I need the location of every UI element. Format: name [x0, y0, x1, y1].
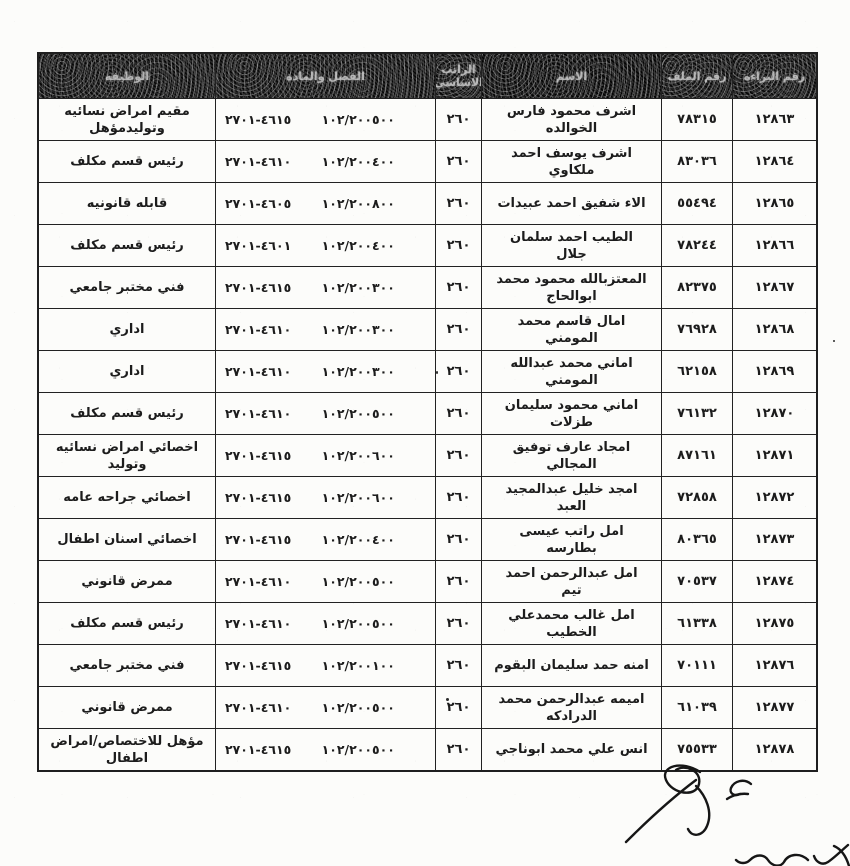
- handwritten-signature: [626, 766, 709, 842]
- cell-basic-salary: ٢٦٠: [435, 561, 481, 602]
- table-row: ١٢٨٧٦ ٧٠١١١ امنه حمد سليمان البقوم ٢٦٠ ١…: [39, 644, 816, 686]
- table-row: ١٢٨٦٩ ٦٢١٥٨ اماني محمد عبدالله المومني ٢…: [39, 350, 816, 392]
- cell-decree-no: ١٢٨٦٨: [732, 309, 816, 350]
- table-row: ١٢٨٧٤ ٧٠٥٣٧ امل عبدالرحمن احمد تيم ٢٦٠ ١…: [39, 560, 816, 602]
- cell-chapter-article: ١٠٢/٢٠٠٥٠٠ ٤٦١٠-٢٧٠١: [215, 393, 435, 434]
- header-name: الاسم: [481, 54, 661, 98]
- cell-job-title: اخصائي امراض نسائيه وتوليد: [39, 435, 215, 476]
- table-row: ١٢٨٦٨ ٧٦٩٢٨ امال قاسم محمد المومني ٢٦٠ ١…: [39, 308, 816, 350]
- cell-decree-no: ١٢٨٧٧: [732, 687, 816, 728]
- cell-job-title: رئيس قسم مكلف: [39, 225, 215, 266]
- cell-decree-no: ١٢٨٧٨: [732, 729, 816, 770]
- cell-name: امل عبدالرحمن احمد تيم: [481, 561, 661, 602]
- cell-decree-no: ١٢٨٦٩: [732, 351, 816, 392]
- cell-chapter-article: ١٠٢/٢٠٠٣٠٠ ٤٦١٠-٢٧٠١: [215, 309, 435, 350]
- cell-job-title: اخصائي اسنان اطفال: [39, 519, 215, 560]
- cell-file-no: ٧٦٩٢٨: [661, 309, 732, 350]
- cell-chapter-article: ١٠٢/٢٠٠٤٠٠ ٤٦١٥-٢٧٠١: [215, 519, 435, 560]
- scan-speck: [446, 698, 449, 701]
- handwritten-check-mark: [727, 781, 751, 799]
- table-row: ١٢٨٦٥ ٥٥٤٩٤ الاء شفيق احمد عبيدات ٢٦٠ ١٠…: [39, 182, 816, 224]
- cell-job-title: رئيس قسم مكلف: [39, 141, 215, 182]
- cell-file-no: ٦٢١٥٨: [661, 351, 732, 392]
- scan-speck: [520, 364, 523, 367]
- cell-name: امل غالب محمدعلي الخطيب: [481, 603, 661, 644]
- cell-basic-salary: ٢٦٠: [435, 393, 481, 434]
- cell-chapter-article: ١٠٢/٢٠٠٣٠٠ ٤٦١٠-٢٧٠١: [215, 351, 435, 392]
- cell-basic-salary: ٢٦٠: [435, 99, 481, 140]
- cell-file-no: ٧٨٣١٥: [661, 99, 732, 140]
- cell-file-no: ٨٠٣٦٥: [661, 519, 732, 560]
- cell-basic-salary: ٢٦٠: [435, 477, 481, 518]
- cell-file-no: ٧٢٨٥٨: [661, 477, 732, 518]
- cell-chapter-article: ١٠٢/٢٠٠٥٠٠ ٤٦١٠-٢٧٠١: [215, 603, 435, 644]
- cell-decree-no: ١٢٨٧٢: [732, 477, 816, 518]
- cell-name: امجد خليل عبدالمجيد العبد: [481, 477, 661, 518]
- scan-speck: [436, 371, 438, 374]
- cell-chapter-article: ١٠٢/٢٠٠٨٠٠ ٤٦٠٥-٢٧٠١: [215, 183, 435, 224]
- cell-job-title: ممرض قانوني: [39, 561, 215, 602]
- cell-name: الاء شفيق احمد عبيدات: [481, 183, 661, 224]
- cell-chapter-article: ١٠٢/٢٠٠١٠٠ ٤٦١٥-٢٧٠١: [215, 645, 435, 686]
- cell-chapter-article: ١٠٢/٢٠٠٦٠٠ ٤٦١٥-٢٧٠١: [215, 435, 435, 476]
- cell-file-no: ٨٧١٦١: [661, 435, 732, 476]
- cell-chapter-article: ١٠٢/٢٠٠٤٠٠ ٤٦٠١-٢٧٠١: [215, 225, 435, 266]
- cell-chapter-article: ١٠٢/٢٠٠٥٠٠ ٤٦١٠-٢٧٠١: [215, 687, 435, 728]
- cell-basic-salary: ٢٦٠: [435, 603, 481, 644]
- table-row: ١٢٨٦٧ ٨٢٣٧٥ المعتزبالله محمود محمد ابوال…: [39, 266, 816, 308]
- appointments-table: رقم البراءه رقم الملف الاسم الراتب الاسا…: [37, 52, 818, 772]
- header-file-no: رقم الملف: [661, 54, 732, 98]
- table-row: ١٢٨٧٢ ٧٢٨٥٨ امجد خليل عبدالمجيد العبد ٢٦…: [39, 476, 816, 518]
- cell-job-title: فني مختبر جامعي: [39, 267, 215, 308]
- header-chapter-article: الفصل والمادة: [215, 54, 435, 98]
- cell-job-title: اداري: [39, 309, 215, 350]
- cell-basic-salary: ٢٦٠: [435, 519, 481, 560]
- cell-chapter-article: ١٠٢/٢٠٠٥٠٠ ٤٦١٠-٢٧٠١: [215, 561, 435, 602]
- cell-job-title: قابله قانونيه: [39, 183, 215, 224]
- cell-basic-salary: ٢٦٠: [435, 183, 481, 224]
- cell-name: انس علي محمد ابوناجي: [481, 729, 661, 770]
- cell-basic-salary: ٢٦٠: [435, 225, 481, 266]
- cell-chapter-article: ١٠٢/٢٠٠٥٠٠ ٤٦١٥-٢٧٠١: [215, 99, 435, 140]
- table-row: ١٢٨٧١ ٨٧١٦١ امجاد عارف توفيق المجالي ٢٦٠…: [39, 434, 816, 476]
- cell-decree-no: ١٢٨٧٥: [732, 603, 816, 644]
- scan-speck: [833, 340, 835, 342]
- cell-decree-no: ١٢٨٧٤: [732, 561, 816, 602]
- cell-file-no: ٦١٠٣٩: [661, 687, 732, 728]
- table-row: ١٢٨٧٥ ٦١٣٣٨ امل غالب محمدعلي الخطيب ٢٦٠ …: [39, 602, 816, 644]
- cell-decree-no: ١٢٨٦٥: [732, 183, 816, 224]
- cell-name: اشرف يوسف احمد ملكاوي: [481, 141, 661, 182]
- cell-name: امنه حمد سليمان البقوم: [481, 645, 661, 686]
- table-row: ١٢٨٧٣ ٨٠٣٦٥ امل راتب عيسى بطارسه ٢٦٠ ١٠٢…: [39, 518, 816, 560]
- table-row: ١٢٨٦٦ ٧٨٢٤٤ الطيب احمد سلمان جلال ٢٦٠ ١٠…: [39, 224, 816, 266]
- table-row: ١٢٨٦٤ ٨٣٠٣٦ اشرف يوسف احمد ملكاوي ٢٦٠ ١٠…: [39, 140, 816, 182]
- cell-decree-no: ١٢٨٧٦: [732, 645, 816, 686]
- cell-name: اشرف محمود فارس الخوالده: [481, 99, 661, 140]
- cell-basic-salary: ٢٦٠: [435, 645, 481, 686]
- cell-job-title: فني مختبر جامعي: [39, 645, 215, 686]
- table-body: ١٢٨٦٣ ٧٨٣١٥ اشرف محمود فارس الخوالده ٢٦٠…: [39, 98, 816, 770]
- cell-basic-salary: ٢٦٠: [435, 729, 481, 770]
- cell-file-no: ٨٢٣٧٥: [661, 267, 732, 308]
- cell-file-no: ٦١٣٣٨: [661, 603, 732, 644]
- cell-file-no: ٧٠١١١: [661, 645, 732, 686]
- cell-job-title: مقيم امراض نسائيه وتوليدمؤهل: [39, 99, 215, 140]
- cell-basic-salary: ٢٦٠: [435, 141, 481, 182]
- cell-basic-salary: ٢٦٠: [435, 351, 481, 392]
- cell-chapter-article: ١٠٢/٢٠٠٣٠٠ ٤٦١٥-٢٧٠١: [215, 267, 435, 308]
- cell-file-no: ٥٥٤٩٤: [661, 183, 732, 224]
- cell-basic-salary: ٢٦٠: [435, 309, 481, 350]
- cell-name: اميمه عبدالرحمن محمد الدرادكه: [481, 687, 661, 728]
- header-job-title: الوظيفه: [39, 54, 215, 98]
- cell-basic-salary: ٢٦٠: [435, 687, 481, 728]
- table-row: ١٢٨٦٣ ٧٨٣١٥ اشرف محمود فارس الخوالده ٢٦٠…: [39, 98, 816, 140]
- cell-decree-no: ١٢٨٦٦: [732, 225, 816, 266]
- cell-job-title: رئيس قسم مكلف: [39, 393, 215, 434]
- cell-name: اماني محمود سليمان طزلات: [481, 393, 661, 434]
- table-row: ١٢٨٧٧ ٦١٠٣٩ اميمه عبدالرحمن محمد الدرادك…: [39, 686, 816, 728]
- cell-basic-salary: ٢٦٠: [435, 435, 481, 476]
- cell-name: اماني محمد عبدالله المومني: [481, 351, 661, 392]
- cell-chapter-article: ١٠٢/٢٠٠٦٠٠ ٤٦١٥-٢٧٠١: [215, 477, 435, 518]
- cell-decree-no: ١٢٨٦٣: [732, 99, 816, 140]
- cell-name: امل راتب عيسى بطارسه: [481, 519, 661, 560]
- cell-chapter-article: ١٠٢/٢٠٠٤٠٠ ٤٦١٠-٢٧٠١: [215, 141, 435, 182]
- cell-decree-no: ١٢٨٧٠: [732, 393, 816, 434]
- header-decree-no: رقم البراءه: [732, 54, 816, 98]
- table-row: ١٢٨٧٠ ٧٦١٣٢ اماني محمود سليمان طزلات ٢٦٠…: [39, 392, 816, 434]
- table-header-row: رقم البراءه رقم الملف الاسم الراتب الاسا…: [39, 54, 816, 98]
- cell-job-title: اخصائي جراحه عامه: [39, 477, 215, 518]
- cell-basic-salary: ٢٦٠: [435, 267, 481, 308]
- cell-name: امال قاسم محمد المومني: [481, 309, 661, 350]
- cell-file-no: ٨٣٠٣٦: [661, 141, 732, 182]
- cell-name: امجاد عارف توفيق المجالي: [481, 435, 661, 476]
- cell-job-title: ممرض قانوني: [39, 687, 215, 728]
- handwritten-note-partial: [736, 845, 849, 866]
- cell-file-no: ٧٦١٣٢: [661, 393, 732, 434]
- cell-name: الطيب احمد سلمان جلال: [481, 225, 661, 266]
- header-basic-salary: الراتب الاساسي: [435, 54, 481, 98]
- cell-decree-no: ١٢٨٧١: [732, 435, 816, 476]
- cell-file-no: ٧٨٢٤٤: [661, 225, 732, 266]
- cell-job-title: مؤهل للاختصاص/امراض اطفال: [39, 729, 215, 770]
- cell-decree-no: ١٢٨٦٤: [732, 141, 816, 182]
- cell-job-title: اداري: [39, 351, 215, 392]
- cell-chapter-article: ١٠٢/٢٠٠٥٠٠ ٤٦١٥-٢٧٠١: [215, 729, 435, 770]
- cell-decree-no: ١٢٨٧٣: [732, 519, 816, 560]
- scanned-document-page: رقم البراءه رقم الملف الاسم الراتب الاسا…: [0, 0, 850, 866]
- cell-file-no: ٧٠٥٣٧: [661, 561, 732, 602]
- cell-file-no: ٧٥٥٣٣: [661, 729, 732, 770]
- cell-job-title: رئيس قسم مكلف: [39, 603, 215, 644]
- cell-decree-no: ١٢٨٦٧: [732, 267, 816, 308]
- cell-name: المعتزبالله محمود محمد ابوالحاج: [481, 267, 661, 308]
- table-row: ١٢٨٧٨ ٧٥٥٣٣ انس علي محمد ابوناجي ٢٦٠ ١٠٢…: [39, 728, 816, 770]
